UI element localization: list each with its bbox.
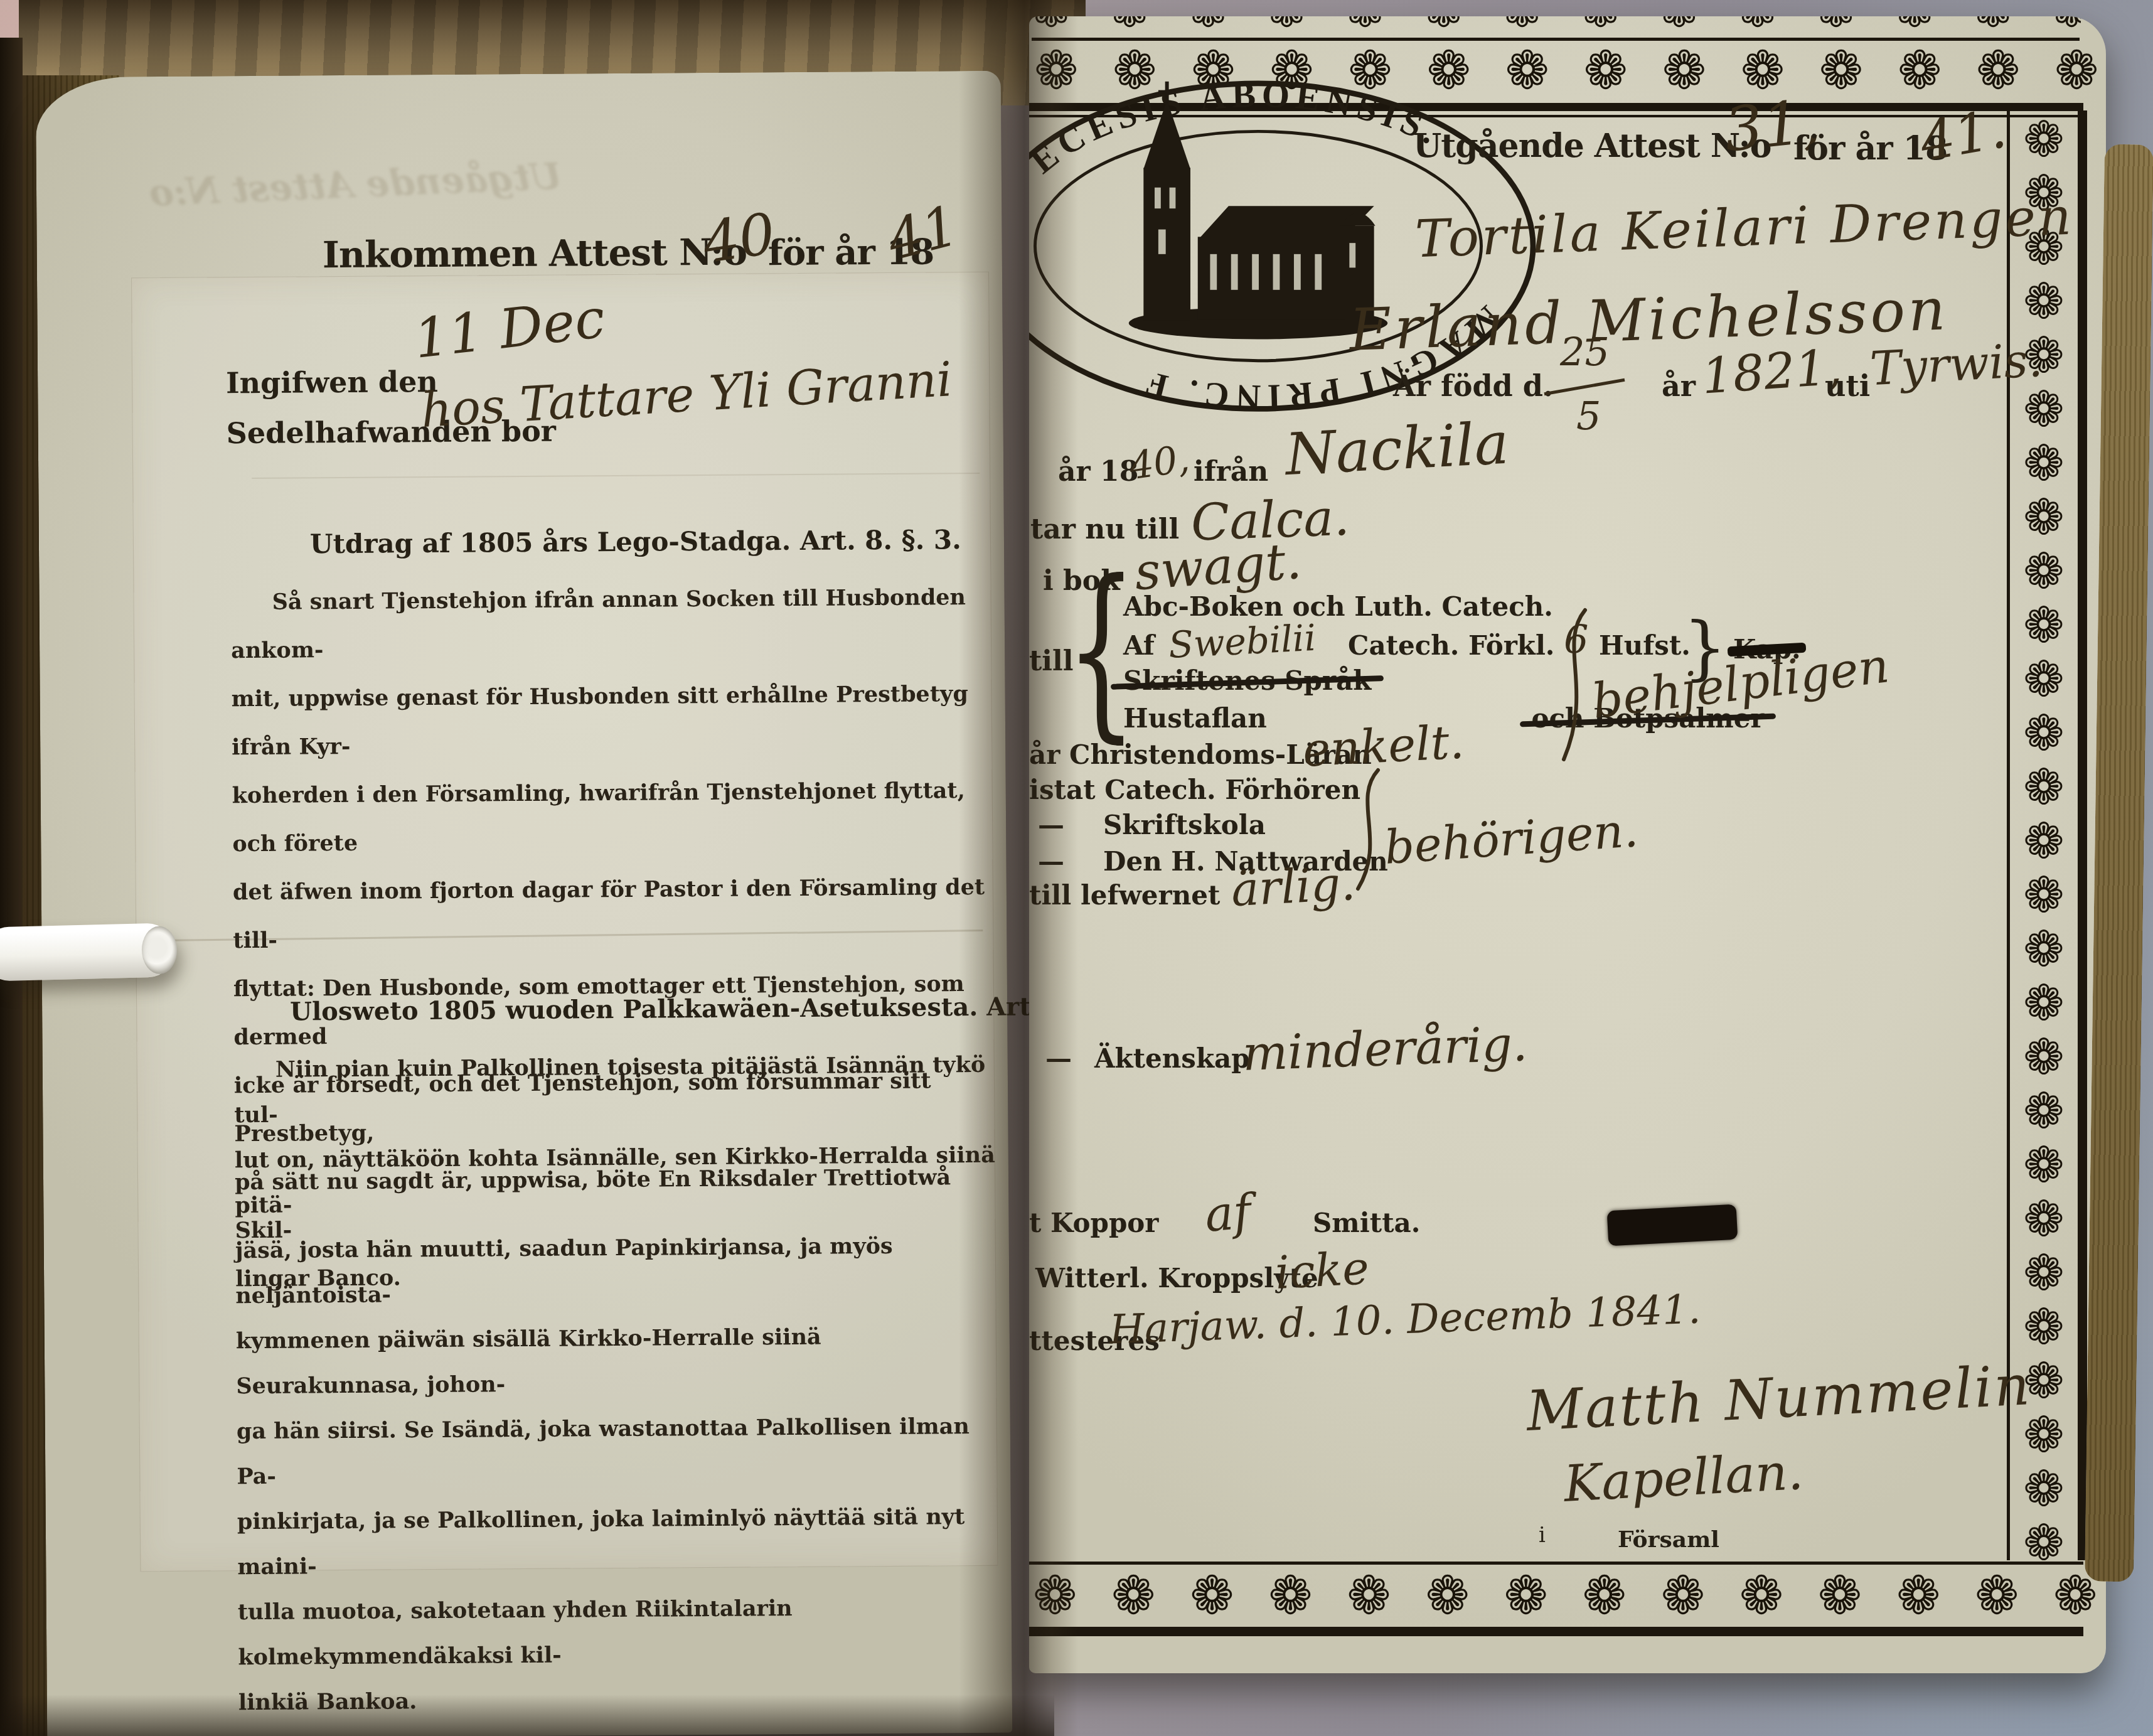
book-line1: Abc-Boken och Luth. Catech.: [1123, 591, 1553, 622]
border-bottom-thick-rule: [1029, 1627, 2083, 1636]
born-label: Är född d.: [1393, 369, 1553, 403]
signature-name: Matth Nummelin: [1525, 1353, 2033, 1444]
received-date-label: Ingifwen den: [226, 365, 438, 400]
redacted-ink-blot: [1607, 1204, 1738, 1246]
arrived-from-value: Nackila: [1283, 410, 1510, 489]
arrived-from-label: ifrån: [1194, 456, 1268, 488]
left-page: Utgående Attest N:o Inkommen Attest N:o …: [36, 71, 1012, 1736]
signature-title: Kapellan.: [1563, 1442, 1805, 1513]
confirmation-label: Skriftskola: [1103, 810, 1266, 840]
smallpox-smitta-label: Smitta.: [1313, 1208, 1420, 1238]
book-line2-mid: Catech. Förkl.: [1348, 630, 1554, 661]
border-top-partial-row: ❁ ❁ ❁ ❁ ❁ ❁ ❁ ❁ ❁ ❁ ❁ ❁ ❁ ❁ ❁ ❁ ❁: [1029, 16, 2081, 36]
finnish-statute-paragraph: Niin pian kuin Palkollinen toisesta pitä…: [234, 1042, 1011, 1726]
conduct-value: ärlig.: [1230, 857, 1357, 917]
photograph-of-church-record-book: Utgående Attest N:o Inkommen Attest N:o …: [0, 0, 2153, 1736]
book-line2-suffix: Hufst.: [1599, 630, 1691, 661]
book-line2-prefix: Af: [1123, 630, 1155, 661]
catechism-meetings-label: istat Catech. Förhören: [1029, 774, 1360, 805]
swedish-statute-heading: Utdrag af 1805 års Lego-Stadga. Art. 8. …: [310, 524, 961, 559]
birth-date-day: 25: [1560, 329, 1610, 375]
deformity-value: icke: [1274, 1241, 1370, 1299]
bleedthrough-text: Utgående Attest N:o: [149, 154, 563, 214]
communion-value: behörigen.: [1382, 803, 1640, 875]
arrived-year-hw: 40,: [1127, 437, 1192, 489]
attested-place-date: Harjaw. d. 10. Decemb 1841.: [1109, 1287, 1701, 1354]
born-uti-label: uti: [1825, 369, 1870, 403]
svg-text:ECESIS ABOENSIS.: ECESIS ABOENSIS.: [1029, 77, 1448, 181]
footer-printed-word: Församl: [1618, 1526, 1719, 1553]
marriage-value: minderårig.: [1242, 1015, 1529, 1081]
book-line3-struck: Skriftenes Språk: [1123, 665, 1371, 696]
handwritten-bracket-grade: [1546, 606, 1596, 763]
book-gutter-shadow: [959, 0, 1078, 1736]
book-line4-prefix: Hustaflan: [1123, 703, 1267, 734]
book-line2-author: Swebilii: [1167, 616, 1317, 667]
book-cover-sliver: [0, 38, 23, 1736]
incoming-attest-year: 41: [880, 193, 964, 273]
border-bottom-rosette-row: ❁ ❁ ❁ ❁ ❁ ❁ ❁ ❁ ❁ ❁ ❁ ❁ ❁ ❁ ❁ ❁ ❁: [1033, 1567, 2106, 1624]
right-page: ❁ ❁ ❁ ❁ ❁ ❁ ❁ ❁ ❁ ❁ ❁ ❁ ❁ ❁ ❁ ❁ ❁ ❁ ❁ ❁ …: [1029, 16, 2106, 1673]
outgoing-attest-label: Utgående Attest N:o: [1413, 127, 1771, 165]
border-right-band: ❁ ❁ ❁ ❁ ❁ ❁ ❁ ❁ ❁ ❁ ❁ ❁ ❁ ❁ ❁ ❁ ❁ ❁ ❁ ❁ …: [2007, 110, 2087, 1560]
smallpox-af-value: af: [1202, 1183, 1253, 1243]
incoming-attest-label: Inkommen Attest N:o: [323, 230, 747, 276]
born-year-label: år: [1662, 369, 1696, 403]
marriage-label: Äktenskap: [1094, 1043, 1250, 1074]
born-year-value: 1821,: [1700, 339, 1844, 405]
birth-date-month: 5: [1576, 393, 1601, 439]
seal-legend-top: ECESIS ABOENSIS.: [1029, 77, 1448, 181]
footer-mark: i: [1539, 1523, 1546, 1548]
born-parish-value: Tyrwis.: [1869, 333, 2044, 396]
white-tube-object: [0, 923, 175, 981]
book-bottom-shadow: [0, 1695, 1054, 1736]
